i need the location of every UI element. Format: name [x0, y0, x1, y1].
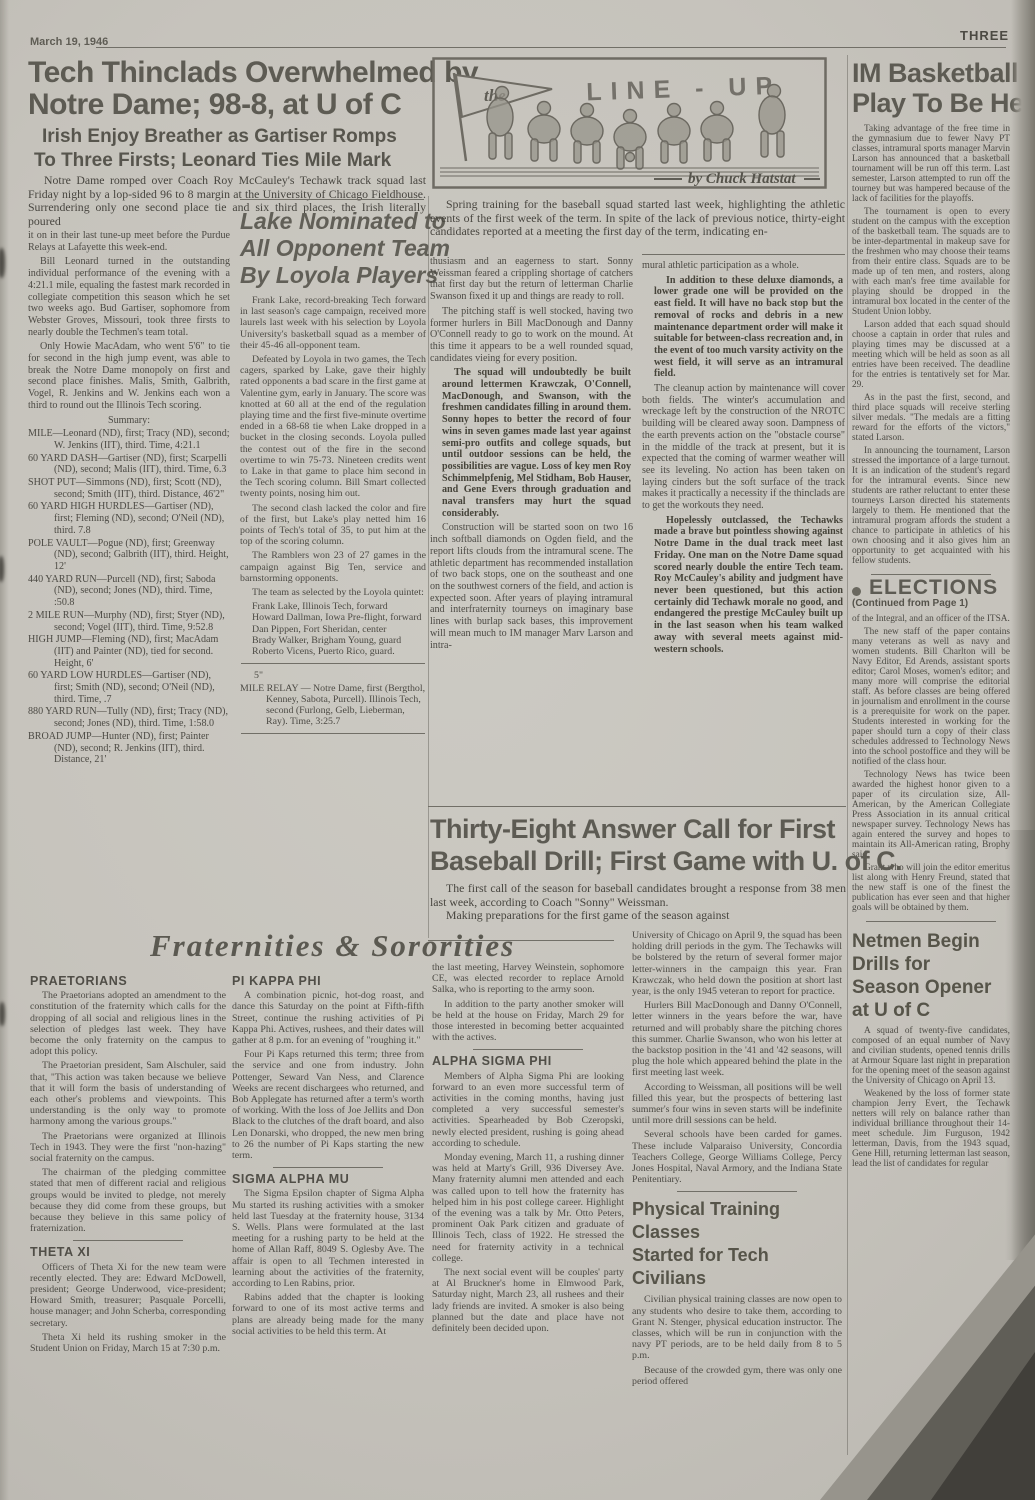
all-opponent-team-member: Frank Lake, Illinois Tech, forward	[240, 601, 426, 612]
baseball-headline-line1: Thirty-Eight Answer Call for First	[430, 814, 835, 845]
netmen-divider	[866, 921, 996, 922]
summary-item: BROAD JUMP—Hunter (ND), first; Painter (…	[28, 731, 230, 766]
summary-item: 880 YARD RUN—Tully (ND), first; Tracy (N…	[28, 706, 230, 729]
spring-para: Hopelessly outclassed, the Techawks made…	[642, 515, 845, 655]
lake-para: Defeated by Loyola in two games, the Tec…	[240, 354, 426, 500]
page-number: THREE	[960, 28, 1009, 43]
baseball-top-rule	[428, 806, 846, 807]
spring-colb-rule	[642, 254, 845, 255]
baseball-lead-continuation: Making preparations for the first game o…	[430, 909, 846, 923]
im-headline-line1: IM Basketball	[852, 58, 1018, 89]
summary-item: 440 YARD RUN—Purcell (ND), first; Saboda…	[28, 574, 230, 609]
im-para: Larson added that each squad should choo…	[852, 320, 1010, 390]
frat-divider	[73, 1240, 183, 1241]
pi-kappa-phi-para: A combination picnic, hot-dog roast, and…	[232, 990, 424, 1046]
im-para: Taking advantage of the free time in the…	[852, 124, 1010, 204]
relay-note: 5"	[254, 670, 426, 681]
im-para: In announcing the tournament, Larson str…	[852, 446, 1010, 566]
spring-para: The squad will undoubtedly be built arou…	[430, 367, 633, 519]
im-headline-line2: Play To Be Held	[852, 88, 1035, 119]
pt-para: Because of the crowded gym, there was on…	[632, 1365, 842, 1387]
lake-headline-line2: All Opponent Team	[240, 235, 426, 262]
track-lead-continuation: it on in their last tune-up meet before …	[28, 230, 230, 253]
summary-item: POLE VAULT—Pogue (ND), first; Greenway (…	[28, 538, 230, 573]
sigma-alpha-mu-continuation: the last meeting, Harvey Weinstein, soph…	[432, 962, 624, 996]
summary-item: SHOT PUT—Simmons (ND), first; Scott (ND)…	[28, 477, 230, 500]
mile-relay-result: MILE RELAY — Notre Dame, first (Bergthol…	[240, 683, 426, 728]
sigma-alpha-mu-para: Rabins added that the chapter is looking…	[232, 1292, 424, 1337]
praetorians-title: PRAETORIANS	[30, 976, 226, 987]
frat-column-2: PI KAPPA PHI A combination picnic, hot-d…	[232, 976, 424, 1340]
pt-headline-line1: Physical Training Classes	[632, 1198, 842, 1244]
right-edge-shadow	[1005, 830, 1035, 1260]
sigma-alpha-mu-para: The Sigma Epsilon chapter of Sigma Alpha…	[232, 1188, 424, 1289]
baseball-para: According to Weissman, all positions wil…	[632, 1082, 842, 1127]
baseball-lead: The first call of the season for basebal…	[430, 882, 846, 923]
alpha-sigma-phi-title: ALPHA SIGMA PHI	[432, 1056, 624, 1067]
im-para: As in the past the first, second, and th…	[852, 393, 1010, 443]
track-subhead-line2: To Three Firsts; Leonard Ties Mile Mark	[34, 150, 391, 172]
elections-para: The new staff of the paper contains many…	[852, 627, 1010, 767]
sigma-alpha-mu-title: SIGMA ALPHA MU	[232, 1174, 424, 1185]
netmen-headline-line2: Season Opener at U of C	[852, 976, 1010, 1022]
spring-para: The pitching staff is well stocked, havi…	[430, 306, 633, 365]
summary-item: 60 YARD HIGH HURDLES—Gartiser (ND), firs…	[28, 501, 230, 536]
track-headline-line2: Notre Dame; 98-8, at U of C	[28, 88, 401, 122]
theta-xi-title: THETA XI	[30, 1247, 226, 1258]
lake-headline-line1: Lake Nominated to	[240, 208, 426, 235]
edge-smudge	[0, 1002, 5, 1026]
elections-para: of the Integral, and an officer of the I…	[852, 614, 1010, 624]
frat-column-3: the last meeting, Harvey Weinstein, soph…	[432, 962, 624, 1337]
pi-kappa-phi-para: Four Pi Kaps returned this term; three f…	[232, 1049, 424, 1161]
elections-continued-note: (Continued from Page 1)	[852, 599, 1010, 609]
lake-para: The second clash lacked the color and fi…	[240, 503, 426, 548]
netmen-para: Weakened by the loss of former state cha…	[852, 1089, 1010, 1169]
frat-divider	[473, 1049, 583, 1050]
summary-item: HIGH JUMP—Fleming (ND), first; MacAdam (…	[28, 634, 230, 669]
track-column: it on in their last tune-up meet before …	[28, 230, 230, 767]
column-rule	[428, 196, 429, 938]
track-para: Only Howie MacAdam, who went 5'6" to tie…	[28, 341, 230, 411]
all-opponent-team-member: Roberto Vicens, Puerto Rico, guard.	[240, 646, 426, 657]
alpha-sigma-phi-para: Monday evening, March 11, a rushing dinn…	[432, 1152, 624, 1264]
lake-headline-line3: By Loyola Players	[240, 262, 426, 289]
spring-column-b: mural athletic participation as a whole.…	[642, 260, 845, 658]
cartoon-credit-group: by Chuck Hatstat	[654, 171, 820, 187]
lake-para: The Ramblers won 23 of 27 games in the c…	[240, 550, 426, 584]
elections-headline: ELECTIONS	[869, 576, 998, 599]
pi-kappa-phi-title: PI KAPPA PHI	[232, 976, 424, 987]
relay-bottom-divider	[241, 733, 425, 734]
spring-para: In addition to these deluxe diamonds, a …	[642, 275, 845, 380]
spring-column-a: thusiasm and an eagerness to start. Sonn…	[430, 256, 633, 654]
spring-para: The cleanup action by maintenance will c…	[642, 383, 845, 512]
praetorians-para: The Praetorians adopted an amendment to …	[30, 990, 226, 1057]
frat-column-4: University of Chicago on April 9, the sq…	[632, 930, 842, 1390]
summary-label: Summary:	[28, 415, 230, 427]
relay-divider	[241, 663, 425, 664]
cartoon-credit: by Chuck Hatstat	[688, 171, 796, 187]
newspaper-page: March 19, 1946 THREE Tech Thinclads Over…	[0, 0, 1035, 1500]
praetorians-para: The chairman of the pledging committee s…	[30, 1167, 226, 1234]
cartoon-title: LINE - UP	[586, 72, 782, 107]
baseball-para: Hurlers Bill MacDonough and Danny O'Conn…	[632, 1000, 842, 1078]
praetorians-para: The Praetorians were organized at Illino…	[30, 1131, 226, 1165]
lake-top-rule	[240, 199, 424, 200]
track-para: Bill Leonard turned in the outstanding i…	[28, 256, 230, 338]
track-headline-line1: Tech Thinclads Overwhelmed by	[28, 56, 478, 90]
spring-para: Construction will be started soon on two…	[430, 522, 633, 651]
spring-lead-text: Spring training for the baseball squad s…	[430, 198, 845, 239]
fraternities-section-header: Fraternities & Sororities	[150, 928, 515, 964]
spring-para: mural athletic participation as a whole.	[642, 260, 845, 272]
lineup-cartoon: the LINE - UP	[432, 57, 827, 189]
baseball-headline-line2: Baseball Drill; First Game with U. of C.	[430, 846, 902, 877]
track-subhead-line1: Irish Enjoy Breather as Gartiser Romps	[42, 126, 397, 148]
im-para: The tournament is open to every student …	[852, 207, 1010, 317]
summary-item: 2 MILE RUN—Murphy (ND), first; Styer (ND…	[28, 610, 230, 633]
lake-column: Lake Nominated to All Opponent Team By L…	[240, 208, 426, 740]
elections-divider	[871, 574, 991, 575]
spring-para: thusiasm and an eagerness to start. Sonn…	[430, 256, 633, 303]
alpha-sigma-phi-para: Members of Alpha Sigma Phi are looking f…	[432, 1071, 624, 1149]
alpha-sigma-phi-para: The next social event will be couples' p…	[432, 1267, 624, 1334]
pt-para: Civilian physical training classes are n…	[632, 1294, 842, 1361]
column-rule	[847, 55, 848, 1455]
netmen-headline-line1: Netmen Begin Drills for	[852, 930, 1010, 976]
lake-para: Frank Lake, record-breaking Tech forward…	[240, 295, 426, 351]
sigma-alpha-mu-continuation: In addition to the party another smoker …	[432, 999, 624, 1044]
praetorians-para: The Praetorian president, Sam Alschuler,…	[30, 1060, 226, 1127]
summary-item: 60 YARD LOW HURDLES—Gartiser (ND), first…	[28, 670, 230, 705]
netmen-para: A squad of twenty-five candidates, compo…	[852, 1026, 1010, 1086]
masthead-rule	[96, 47, 1006, 48]
summary-item: MILE—Leonard (ND), first; Tracy (ND), se…	[28, 428, 230, 451]
all-opponent-team-member: Howard Dallman, Iowa Pre-flight, forward	[240, 612, 426, 623]
theta-xi-para: Officers of Theta Xi for the new team we…	[30, 1262, 226, 1329]
theta-xi-para: Theta Xi held its rushing smoker in the …	[30, 1332, 226, 1354]
left-page-edge	[0, 0, 9, 1500]
baseball-para: University of Chicago on April 9, the sq…	[632, 930, 842, 997]
all-opponent-team-member: Dan Pippen, Fort Sheridan, center	[240, 624, 426, 635]
spring-lead: Spring training for the baseball squad s…	[430, 198, 845, 239]
pt-divider	[677, 1191, 797, 1192]
all-opponent-team-member: Brady Walker, Brigham Young, guard	[240, 635, 426, 646]
baseball-lead-text: The first call of the season for basebal…	[430, 882, 846, 909]
bullet-icon	[852, 587, 861, 596]
frat-divider	[273, 1167, 383, 1168]
right-column: Taking advantage of the free time in the…	[852, 124, 1010, 1172]
baseball-para: Several schools have been carded for gam…	[632, 1129, 842, 1185]
lake-team-intro: The team as selected by the Loyola quint…	[240, 587, 426, 598]
summary-item: 60 YARD DASH—Gartiser (ND), first; Scarp…	[28, 453, 230, 476]
frat-column-1: PRAETORIANS The Praetorians adopted an a…	[30, 976, 226, 1357]
pt-headline-line2: Started for Tech Civilians	[632, 1244, 842, 1290]
